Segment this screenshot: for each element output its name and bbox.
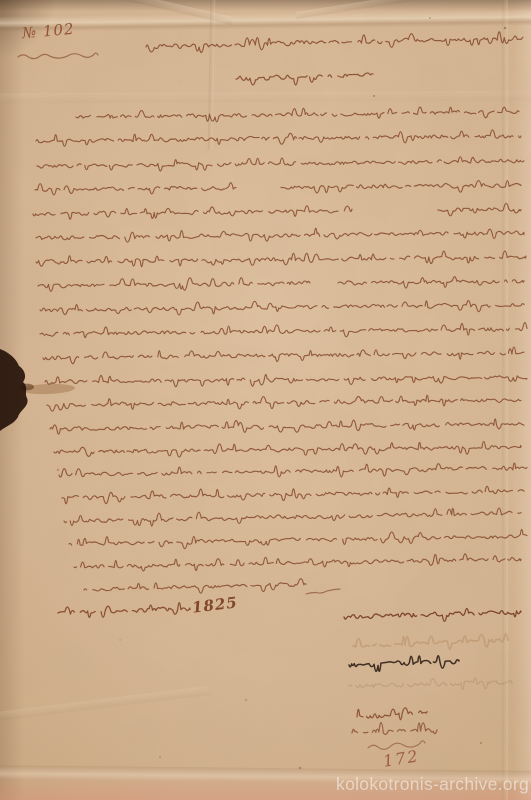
body-line-05 [33, 203, 521, 219]
body-line-15 [54, 441, 521, 456]
date-line [58, 603, 190, 618]
body-line-18 [64, 508, 521, 526]
paper-crease [0, 10, 531, 32]
paper-crease [0, 765, 531, 785]
body-line-21 [84, 579, 306, 594]
paper-speck [119, 639, 121, 641]
body-line-14 [50, 419, 524, 434]
signature-black [349, 656, 459, 672]
archive-number-flourish [18, 53, 98, 59]
body-line-17 [62, 486, 524, 503]
paper-speck [504, 27, 506, 29]
paper-crease [208, 0, 216, 150]
body-line-08 [38, 277, 524, 292]
ink-blot [0, 349, 28, 431]
paper-crease [0, 91, 531, 104]
body-line-20 [74, 554, 521, 571]
body-line-02 [36, 130, 521, 146]
signature-faded-2 [349, 678, 512, 690]
paper-speck [429, 17, 431, 19]
body-line-13 [47, 395, 521, 411]
paper-speck [480, 742, 482, 744]
paper-speck [373, 95, 375, 97]
heading-line-2 [236, 73, 373, 85]
body-line-03 [37, 157, 524, 171]
paper-crease [295, 0, 424, 19]
body-line-01 [76, 107, 519, 122]
handwriting-layer [0, 0, 531, 800]
secretary-flourish [368, 741, 425, 750]
body-line-19 [69, 529, 527, 548]
body-line-09 [40, 301, 524, 315]
secretary-signature [352, 723, 437, 735]
body-line-10 [40, 323, 527, 338]
paper-crease [502, 0, 508, 800]
body-line-07 [36, 251, 526, 267]
committee-line [344, 608, 521, 621]
heading-line-1 [146, 32, 523, 53]
body-line-11 [43, 347, 524, 364]
secretary-line [357, 708, 427, 720]
body-line-12 [45, 375, 527, 387]
page-number: 172 [382, 746, 421, 770]
manuscript-photo: № 102 1825 172 kolokotronis-archive.org [0, 0, 531, 800]
paper-crease [0, 686, 210, 723]
paper-speck [57, 469, 59, 471]
paper-speck [159, 756, 161, 758]
paper-speck [299, 767, 302, 770]
body-line-06 [36, 228, 524, 242]
paper-speck [245, 699, 248, 702]
paper-texture [0, 0, 531, 800]
ink-smear-dark [20, 384, 34, 391]
paper-speck [513, 209, 515, 211]
body-line-04 [35, 181, 521, 195]
end-dash [306, 589, 340, 594]
signature-faded-1 [353, 634, 508, 649]
watermark-archive-url: kolokotronis-archive.org [336, 774, 529, 795]
body-line-16 [59, 463, 527, 477]
paper-crease [85, 0, 233, 25]
ink-smear [21, 383, 75, 395]
archive-number: № 102 [21, 20, 75, 43]
date-year: 1825 [191, 593, 239, 616]
